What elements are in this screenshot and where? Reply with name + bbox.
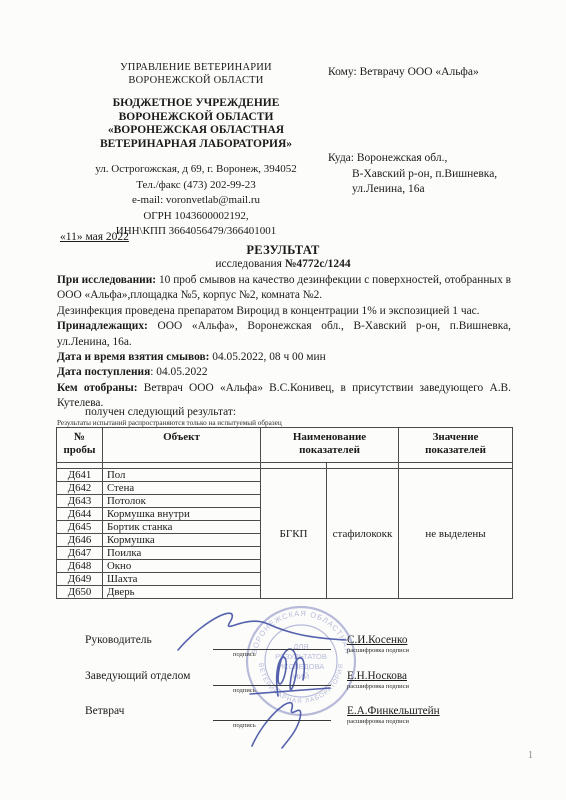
results-table: № пробы Объект Наименование показателей … <box>56 427 513 599</box>
organization-line: БЮДЖЕТНОЕ УЧРЕЖДЕНИЕ <box>55 97 337 111</box>
letterhead: УПРАВЛЕНИЕ ВЕТЕРИНАРИИ ВОРОНЕЖСКОЙ ОБЛАС… <box>55 62 337 240</box>
document-page: УПРАВЛЕНИЕ ВЕТЕРИНАРИИ ВОРОНЕЖСКОЙ ОБЛАС… <box>0 0 566 800</box>
signer-name: С.И.Косенко <box>347 634 407 646</box>
paragraph-received-date: Дата поступления: 04.05.2022 <box>57 365 511 380</box>
organization-line: ВОРОНЕЖСКОЙ ОБЛАСТИ <box>55 111 337 125</box>
indicator-bgkp: БГКП <box>261 469 327 599</box>
sample-id: Д645 <box>57 521 103 534</box>
recipient-to: Кому: Ветврачу ООО «Альфа» <box>328 66 553 78</box>
research-number: №4772с/1244 <box>285 258 351 270</box>
paragraph-text: 04.05.2022, 08 ч 00 мин <box>209 351 325 363</box>
signature-caption: подпись <box>233 651 256 658</box>
sample-id: Д648 <box>57 560 103 573</box>
sample-id: Д644 <box>57 508 103 521</box>
recipient-address: Куда: Воронежская обл., В-Хавский р-он, … <box>328 151 553 198</box>
table-row: Д641 Пол БГКП стафилококк не выделены <box>57 469 513 482</box>
signer-name-caption: расшифровка подписи <box>347 683 409 690</box>
paragraph-owner: Принадлежащих: ООО «Альфа», Воронежская … <box>57 319 511 350</box>
document-body: При исследовании: 10 проб смывов на каче… <box>57 273 511 412</box>
department-line: УПРАВЛЕНИЕ ВЕТЕРИНАРИИ <box>55 62 337 75</box>
organization-address: ул. Острогожская, д 69, г. Воронеж, 3940… <box>55 162 337 240</box>
table-header-row: № пробы Объект Наименование показателей … <box>57 428 513 463</box>
sample-object: Шахта <box>103 573 261 586</box>
paragraph-investigation: При исследовании: 10 проб смывов на каче… <box>57 273 511 304</box>
sample-object: Потолок <box>103 495 261 508</box>
recipient-address-line: Куда: Воронежская обл., <box>328 151 553 167</box>
subtitle-prefix: исследования <box>215 258 285 270</box>
sample-id: Д650 <box>57 586 103 599</box>
signer-name: Е.Н.Носкова <box>347 670 407 682</box>
sample-id: Д647 <box>57 547 103 560</box>
signer-name: Е.А.Финкельштейн <box>347 705 440 717</box>
signature-line <box>213 720 331 721</box>
page-number: 1 <box>528 750 533 761</box>
signature-line <box>213 685 331 686</box>
organization-line: «ВОРОНЕЖСКАЯ ОБЛАСТНАЯ <box>55 124 337 138</box>
address-line: ОГРН 1043600002192, <box>55 209 337 225</box>
address-line: Тел./факс (473) 202-99-23 <box>55 178 337 194</box>
address-line: e-mail: voronvetlab@mail.ru <box>55 193 337 209</box>
paragraph-disinfection: Дезинфекция проведена препаратом Вироцид… <box>57 304 511 319</box>
role-label: Ветврач <box>85 705 124 717</box>
paragraph-sampling-datetime: Дата и время взятия смывов: 04.05.2022, … <box>57 350 511 365</box>
sample-object: Поилка <box>103 547 261 560</box>
header-indicator-value: Значение показателей <box>399 428 513 463</box>
sample-object: Кормушка <box>103 534 261 547</box>
result-note: Результаты испытаний распространяются то… <box>57 419 282 427</box>
sample-id: Д643 <box>57 495 103 508</box>
role-label: Заведующий отделом <box>85 670 190 682</box>
organization-line: ВЕТЕРИНАРНАЯ ЛАБОРАТОРИЯ» <box>55 138 337 152</box>
sample-id: Д649 <box>57 573 103 586</box>
sample-object: Бортик станка <box>103 521 261 534</box>
paragraph-lead: Дата поступления <box>57 366 150 378</box>
header-object: Объект <box>103 428 261 463</box>
department-name: УПРАВЛЕНИЕ ВЕТЕРИНАРИИ ВОРОНЕЖСКОЙ ОБЛАС… <box>55 62 337 87</box>
department-line: ВОРОНЕЖСКОЙ ОБЛАСТИ <box>55 75 337 88</box>
paragraph-text: Дезинфекция проведена препаратом Вироцид… <box>57 305 480 317</box>
paragraph-lead: При исследовании: <box>57 274 156 286</box>
recipient-address-line: ул.Ленина, 16а <box>328 182 553 198</box>
sample-id: Д646 <box>57 534 103 547</box>
header-sample-number: № пробы <box>57 428 103 463</box>
sample-object: Окно <box>103 560 261 573</box>
header-indicator-name: Наименование показателей <box>261 428 399 463</box>
document-date: «11» мая 2022 <box>60 231 129 243</box>
paragraph-lead: Кем отобраны: <box>57 382 138 394</box>
paragraph-lead: Дата и время взятия смывов: <box>57 351 209 363</box>
signature-caption: подпись <box>233 722 256 729</box>
sample-object: Пол <box>103 469 261 482</box>
document-subtitle: исследования №4772с/1244 <box>0 258 566 270</box>
role-label: Руководитель <box>85 634 152 646</box>
signature-row-director: Руководитель подпись С.И.Косенко расшифр… <box>85 634 545 666</box>
sample-id: Д641 <box>57 469 103 482</box>
signer-name-caption: расшифровка подписи <box>347 647 409 654</box>
sample-object: Стена <box>103 482 261 495</box>
signature-caption: подпись <box>233 687 256 694</box>
address-line: ул. Острогожская, д 69, г. Воронеж, 3940… <box>55 162 337 178</box>
document-title: РЕЗУЛЬТАТ <box>0 243 566 258</box>
signature-line <box>213 649 331 650</box>
indicator-value: не выделены <box>399 469 513 599</box>
paragraph-text: : 04.05.2022 <box>150 366 207 378</box>
result-intro: получен следующий результат: <box>85 406 236 418</box>
paragraph-lead: Принадлежащих: <box>57 320 148 332</box>
indicator-staph: стафилококк <box>327 469 399 599</box>
sample-id: Д642 <box>57 482 103 495</box>
signature-row-veterinarian: Ветврач подпись Е.А.Финкельштейн расшифр… <box>85 705 545 737</box>
signature-row-head-of-department: Заведующий отделом подпись Е.Н.Носкова р… <box>85 670 545 702</box>
recipient-address-line: В-Хавский р-он, п.Вишневка, <box>328 167 553 183</box>
signer-name-caption: расшифровка подписи <box>347 718 409 725</box>
sample-object: Кормушка внутри <box>103 508 261 521</box>
organization-name: БЮДЖЕТНОЕ УЧРЕЖДЕНИЕ ВОРОНЕЖСКОЙ ОБЛАСТИ… <box>55 97 337 151</box>
